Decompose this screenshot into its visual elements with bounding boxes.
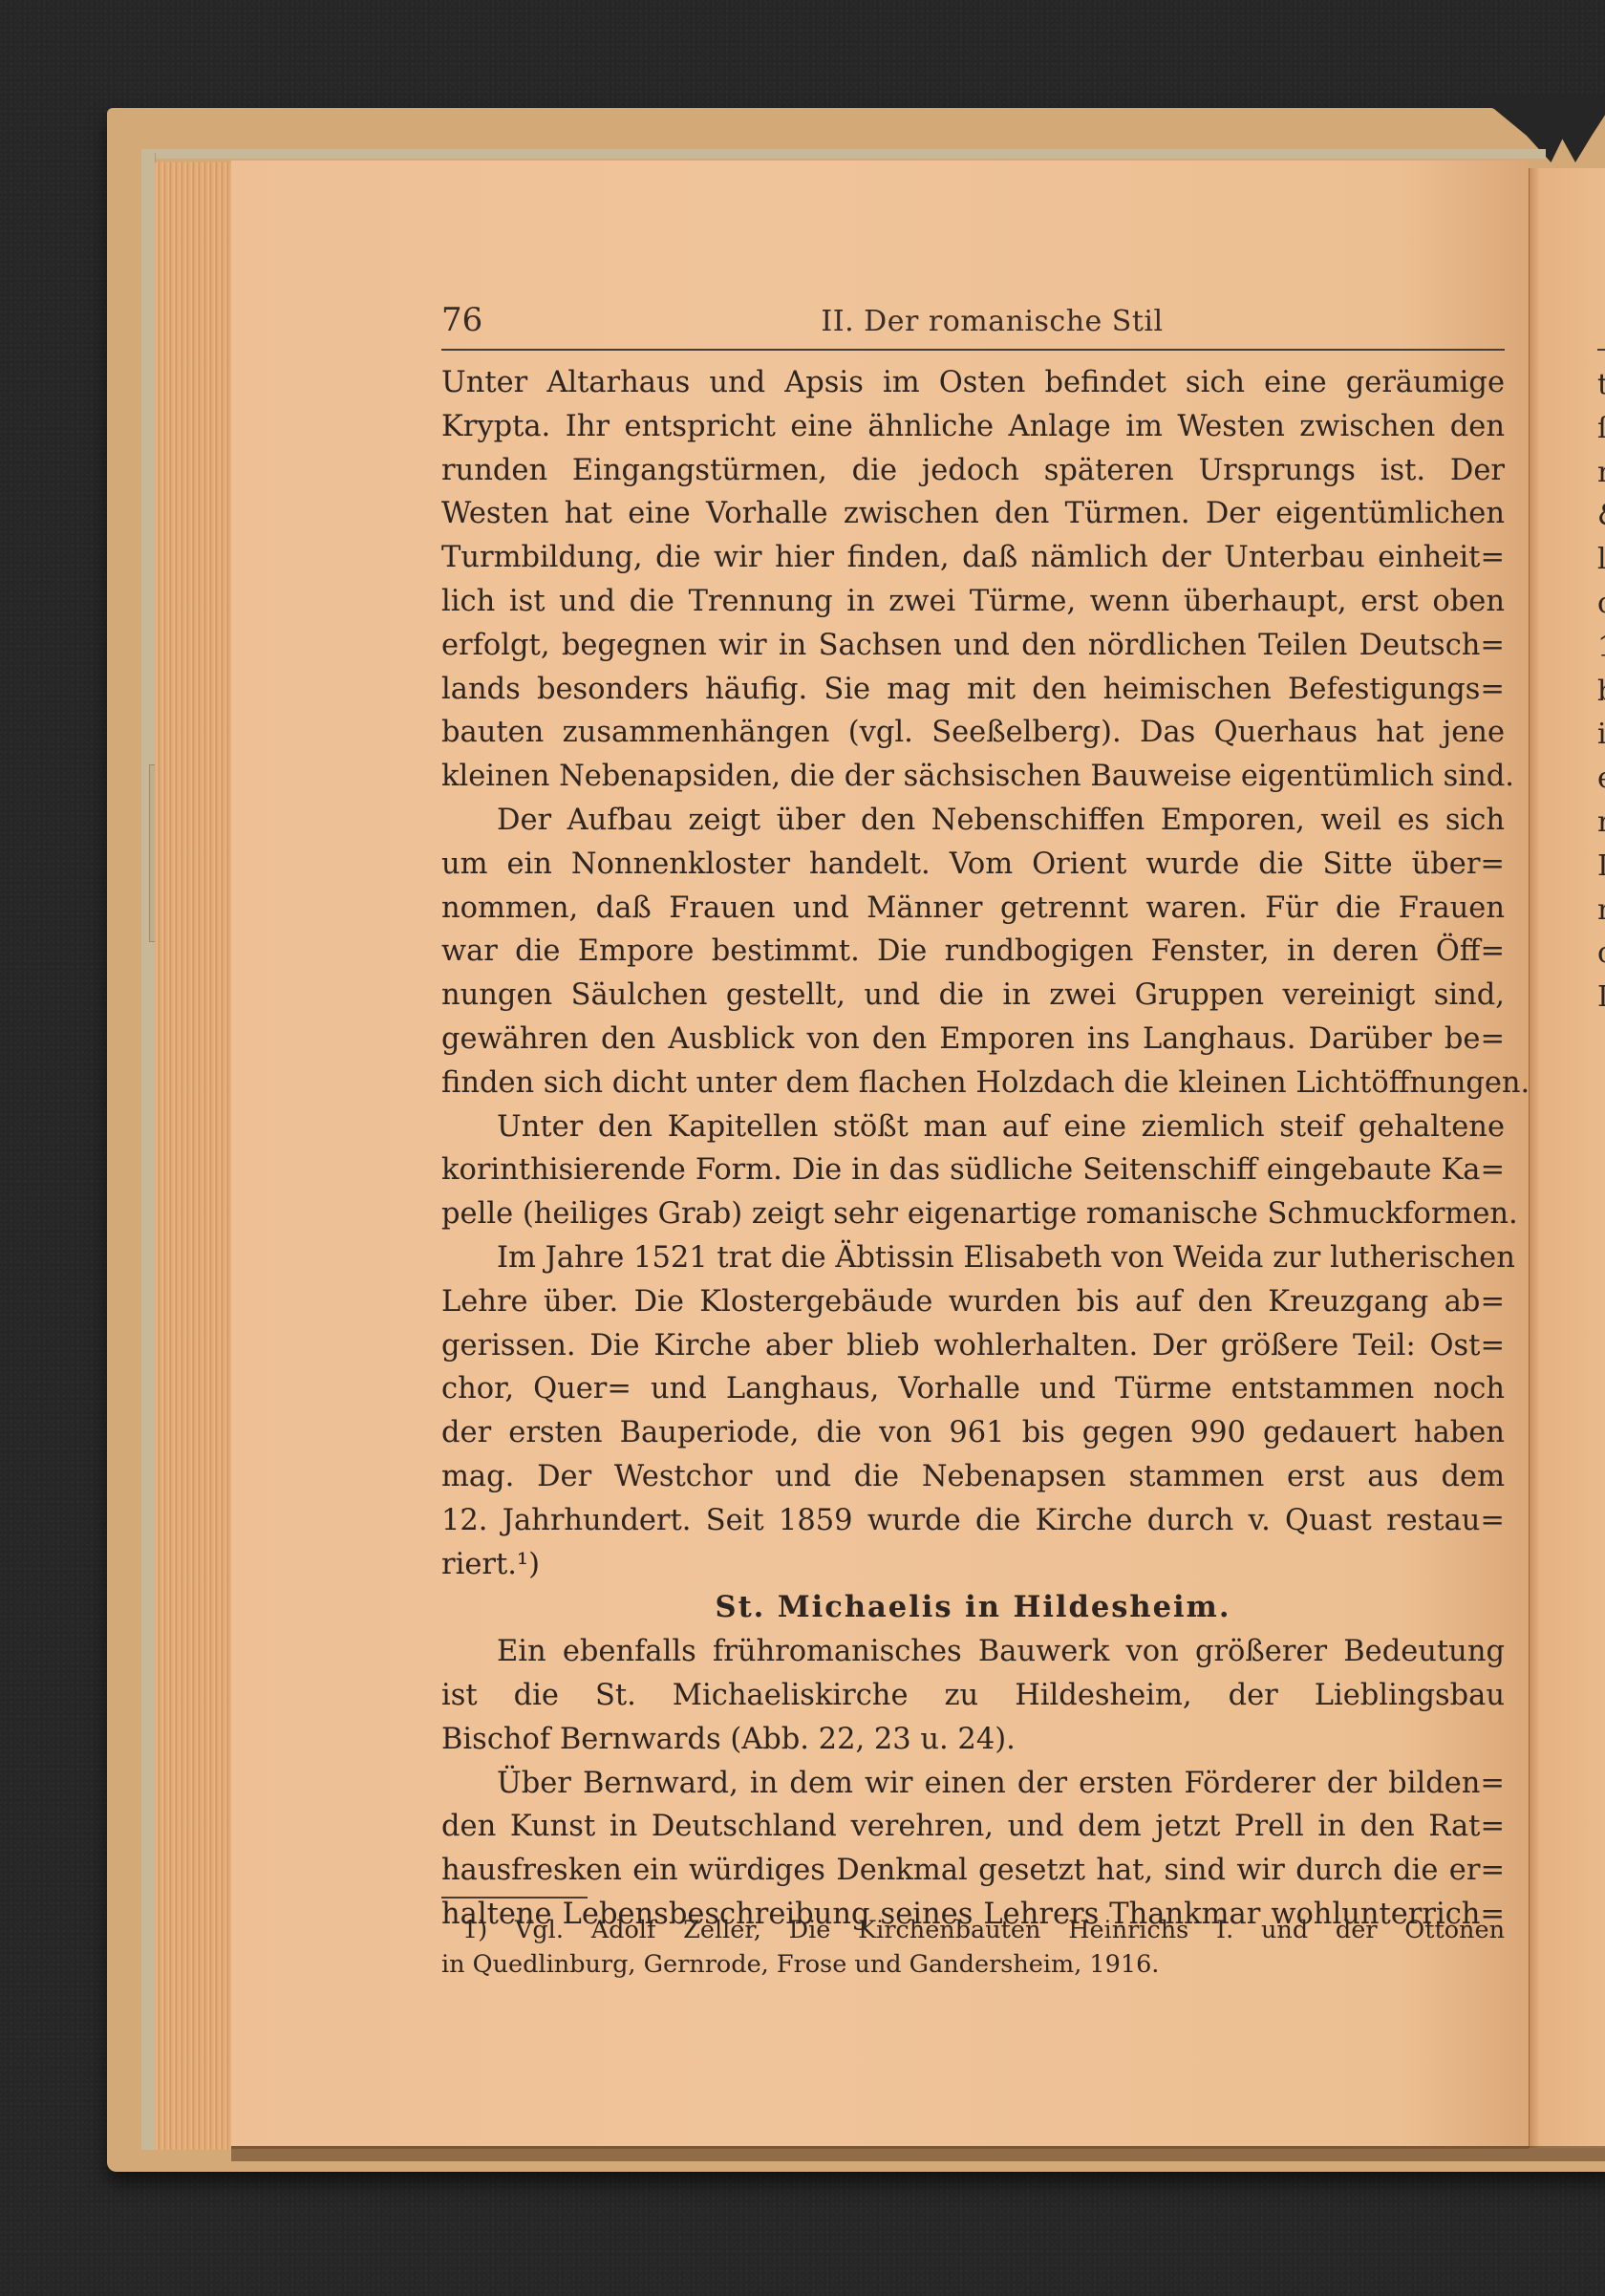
edge-glyph: i [1597, 713, 1605, 757]
footnote-rule [441, 1897, 588, 1899]
text-line: pelle (heiliges Grab) zeigt sehr eigenar… [441, 1192, 1505, 1236]
text-line: Turmbildung, die wir hier finden, daß nä… [441, 536, 1505, 580]
text-line: der ersten Bauperiode, die von 961 bis g… [441, 1411, 1505, 1455]
text-line: Krypta. Ihr entspricht eine ähnliche Anl… [441, 405, 1505, 449]
text-line: kleinen Nebenapsiden, die der sächsische… [441, 755, 1505, 799]
text-line: Bischof Bernwards (Abb. 22, 23 u. 24). [441, 1718, 1505, 1762]
text-line: Lehre über. Die Klostergebäude wurden bi… [441, 1280, 1505, 1324]
text-line: gewähren den Ausblick von den Emporen in… [441, 1018, 1505, 1062]
facing-page-header-rule [1597, 349, 1605, 351]
text-line: Unter Altarhaus und Apsis im Osten befin… [441, 361, 1505, 405]
header-rule [441, 349, 1505, 351]
text-line: um ein Nonnenkloster handelt. Vom Orient… [441, 843, 1505, 887]
edge-glyph: t [1597, 363, 1605, 407]
text-line: Westen hat eine Vorhalle zwischen den Tü… [441, 492, 1505, 536]
text-line: chor, Quer= und Langhaus, Vorhalle und T… [441, 1367, 1505, 1411]
paragraph-start: Unter den Kapitellen stößt man auf eine … [441, 1105, 1505, 1149]
text-line: hausfresken ein würdiges Denkmal gesetzt… [441, 1849, 1505, 1893]
facing-page-edge-text: t ſ r & l c 1 b i e r I n c I [1597, 363, 1605, 1019]
right-page-edge [1529, 168, 1605, 2148]
text-line: nommen, daß Frauen und Männer getrennt w… [441, 887, 1505, 931]
edge-glyph: n [1597, 889, 1605, 933]
cover-inner-edge-top [141, 149, 1546, 159]
text-line: war die Empore bestimmt. Die rundbogigen… [441, 930, 1505, 974]
edge-glyph: I [1597, 845, 1605, 889]
edge-glyph: e [1597, 757, 1605, 801]
edge-glyph: r [1597, 801, 1605, 845]
text-line: bauten zusammenhängen (vgl. Seeßelberg).… [441, 711, 1505, 755]
section-heading: St. Michaelis in Hildesheim. [441, 1586, 1505, 1630]
text-line: gerissen. Die Kirche aber blieb wohlerha… [441, 1324, 1505, 1368]
text-line: lands besonders häufig. Sie mag mit den … [441, 668, 1505, 712]
text-line: ist die St. Michaeliskirche zu Hildeshei… [441, 1674, 1505, 1718]
text-line: lich ist und die Trennung in zwei Türme,… [441, 580, 1505, 624]
paragraph-start: Der Aufbau zeigt über den Nebenschiffen … [441, 799, 1505, 843]
cover-inner-edge [141, 153, 156, 2150]
paragraph-start: Über Bernward, in dem wir einen der erst… [441, 1762, 1505, 1806]
edge-glyph: c [1597, 932, 1605, 976]
body-text: Unter Altarhaus und Apsis im Osten befin… [441, 361, 1505, 1937]
text-line: 12. Jahrhundert. Seit 1859 wurde die Kir… [441, 1499, 1505, 1543]
text-line: finden sich dicht unter dem flachen Holz… [441, 1062, 1505, 1105]
text-line: korinthisierende Form. Die in das südlic… [441, 1148, 1505, 1192]
running-head: 76 II. Der romanische Stil [441, 301, 1505, 339]
page-stack-edges [155, 162, 232, 2150]
footnote-reference-line: riert.¹) [441, 1543, 1505, 1587]
edge-glyph: 1 [1597, 626, 1605, 670]
text-line: den Kunst in Deutschland verehren, und d… [441, 1805, 1505, 1849]
running-title: II. Der romanische Stil [441, 305, 1505, 338]
edge-glyph: ſ [1597, 407, 1605, 451]
edge-glyph: c [1597, 582, 1605, 626]
text-line: erfolgt, begegnen wir in Sachsen und den… [441, 624, 1505, 668]
edge-glyph: I [1597, 976, 1605, 1019]
text-line: mag. Der Westchor und die Nebenapsen sta… [441, 1455, 1505, 1499]
paragraph-start: Ein ebenfalls frühromanisches Bauwerk vo… [441, 1630, 1505, 1674]
edge-glyph: b [1597, 670, 1605, 714]
footnote: 1) Vgl. Adolf Zeller, Die Kirchenbauten … [441, 1913, 1505, 1982]
footnote-line: in Quedlinburg, Gernrode, Frose und Gand… [441, 1947, 1505, 1982]
text-line: runden Eingangstürmen, die jedoch später… [441, 449, 1505, 493]
edge-glyph: l [1597, 538, 1605, 582]
footnote-line: 1) Vgl. Adolf Zeller, Die Kirchenbauten … [441, 1913, 1505, 1947]
edge-glyph: & [1597, 494, 1605, 538]
text-line: nungen Säulchen gestellt, und die in zwe… [441, 974, 1505, 1018]
edge-glyph: r [1597, 451, 1605, 495]
page-bottom-shadow [231, 2146, 1605, 2161]
paragraph-start: Im Jahre 1521 trat die Äbtissin Elisabet… [441, 1236, 1505, 1280]
